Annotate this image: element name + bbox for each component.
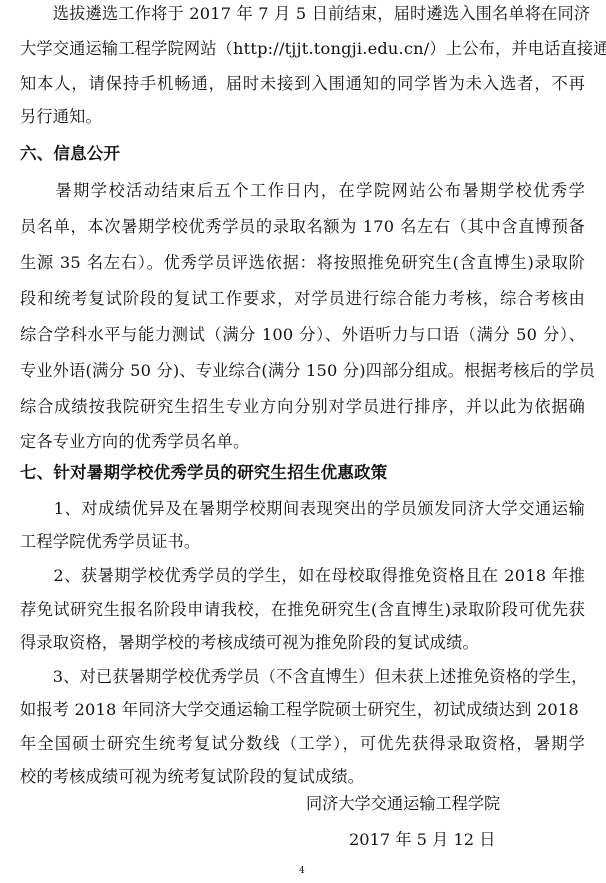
list-item-line: 校的考核成绩可视为统考复试阶段的复试成绩。 <box>20 767 364 787</box>
list-item-line: 得录取资格，暑期学校的考核成绩可视为推免阶段的复试成绩。 <box>20 633 479 653</box>
paragraph-line: 员名单，本次暑期学校优秀学员的录取名额为 170 名左右（其中含直博预备 <box>20 217 585 237</box>
paragraph-line: 知本人，请保持手机畅通，届时未接到入围通知的同学皆为未入选者，不再 <box>20 74 585 94</box>
paragraph-line: 专业外语(满分 50 分)、专业综合(满分 150 分)四部分组成。根据考核后的… <box>20 361 585 381</box>
list-item-line: 2、获暑期学校优秀学员的学生，如在母校取得推免资格且在 2018 年推 <box>20 566 585 586</box>
list-item-line: 3、对已获暑期学校优秀学员（不含直博生）但未获上述推免资格的学生， <box>20 667 585 687</box>
signature-organization: 同济大学交通运输工程学院 <box>306 794 500 814</box>
list-item-line: 荐免试研究生报名阶段申请我校，在推免研究生(含直博生)录取阶段可优先获 <box>20 600 585 620</box>
section-heading: 六、信息公开 <box>20 144 120 164</box>
paragraph-line: 段和统考复试阶段的复试工作要求，对学员进行综合能力考核，综合考核由 <box>20 289 585 309</box>
list-item-line: 年全国硕士研究生统考复试分数线（工学），可优先获得录取资格，暑期学 <box>20 734 585 754</box>
list-item-line: 工程学院优秀学员证书。 <box>20 532 200 552</box>
list-item-line: 如报考 2018 年同济大学交通运输工程学院硕士研究生，初试成绩达到 2018 <box>20 700 579 720</box>
paragraph-line: 选拔遴选工作将于 2017 年 7 月 5 日前结束，届时遴选入围名单将在同济 <box>20 4 585 24</box>
paragraph-line: 综合成绩按我院研究生招生专业方向分别对学员进行排序，并以此为依据确 <box>20 397 585 417</box>
paragraph-line: 大学交通运输工程学院网站（http://tjjt.tongji.edu.cn/）… <box>20 39 585 59</box>
list-item-line: 1、对成绩优异及在暑期学校期间表现突出的学员颁发同济大学交通运输 <box>20 499 585 519</box>
signature-date: 2017 年 5 月 12 日 <box>349 830 495 850</box>
paragraph-line: 暑期学校活动结束后五个工作日内，在学院网站公布暑期学校优秀学 <box>20 181 585 201</box>
paragraph-line: 生源 35 名左右）。优秀学员评选依据：将按照推免研究生(含直博生)录取阶 <box>20 253 585 273</box>
paragraph-line: 综合学科水平与能力测试（满分 100 分）、外语听力与口语（满分 50 分）、 <box>20 325 585 345</box>
section-heading: 七、针对暑期学校优秀学员的研究生招生优惠政策 <box>20 463 387 483</box>
paragraph-line: 定各专业方向的优秀学员名单。 <box>20 432 249 452</box>
page-number: 4 <box>299 866 305 876</box>
paragraph-line: 另行通知。 <box>20 107 102 127</box>
